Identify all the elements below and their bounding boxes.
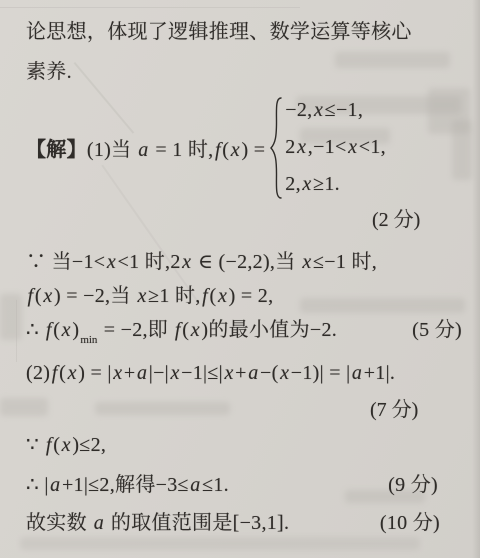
scan-gridline bbox=[0, 7, 300, 8]
piecewise-cases: −2,x≤−1, 2x,−1<x<1, 2,x≥1. bbox=[285, 92, 386, 203]
solution-piecewise-block: 【解】(1)当 a = 1 时,f(x) = −2,x≤−1, 2x,−1<x<… bbox=[26, 92, 386, 203]
bleed-through-smudge bbox=[0, 294, 22, 340]
bleed-through-smudge bbox=[452, 120, 472, 180]
reasoning-line-2: f(x) = −2,当 x≥1 时,f(x) = 2, bbox=[26, 282, 273, 310]
reasoning-line-1: ∵ 当−1<x<1 时,2x ∈ (−2,2),当 x≤−1 时, bbox=[26, 248, 377, 276]
solution-header: 【解】(1)当 a = 1 时,f(x) = bbox=[26, 133, 265, 162]
conclusion-min-line: ∴ f(x)min = −2,即 f(x)的最小值为−2. (5 分) bbox=[26, 316, 462, 344]
score-mark-9: (9 分) bbox=[388, 471, 438, 499]
solve-text: ∴ |a+1|≤2,解得−3≤a≤1. bbox=[26, 471, 229, 499]
final-answer-text: 故实数 a 的取值范围是[−3,1]. bbox=[26, 509, 289, 537]
bleed-through-smudge bbox=[0, 398, 48, 416]
bleed-through-smudge bbox=[300, 298, 465, 313]
condition-line: ∵ f(x)≤2, bbox=[26, 431, 106, 459]
scanned-math-solution-page: 论思想，体现了逻辑推理、数学运算等核心 素养. 【解】(1)当 a = 1 时,… bbox=[0, 0, 480, 558]
piecewise-case-1: −2,x≤−1, bbox=[285, 92, 386, 129]
piecewise-case-3: 2,x≥1. bbox=[285, 166, 386, 203]
score-mark-7: (7 分) bbox=[370, 396, 418, 424]
solve-line: ∴ |a+1|≤2,解得−3≤a≤1. (9 分) bbox=[26, 471, 438, 499]
conclusion-min-text: ∴ f(x)min = −2,即 f(x)的最小值为−2. bbox=[26, 316, 337, 344]
paragraph-line-2: 素养. bbox=[26, 58, 72, 86]
piecewise-brace bbox=[269, 96, 282, 200]
score-mark-5: (5 分) bbox=[412, 316, 462, 344]
score-mark-10: (10 分) bbox=[380, 509, 440, 537]
curly-brace-glyph bbox=[269, 96, 282, 200]
bleed-through-smudge bbox=[20, 537, 420, 550]
part2-inequality-line: (2)f(x) = |x+a|−|x−1|≤|x+a−(x−1)| = |a+1… bbox=[26, 359, 395, 387]
score-mark-2: (2 分) bbox=[372, 206, 420, 234]
piecewise-case-2: 2x,−1<x<1, bbox=[285, 129, 386, 166]
paragraph-line-1: 论思想，体现了逻辑推理、数学运算等核心 bbox=[26, 18, 412, 46]
page-edge-shadow bbox=[472, 0, 480, 558]
final-answer-line: 故实数 a 的取值范围是[−3,1]. (10 分) bbox=[26, 509, 440, 537]
bleed-through-smudge bbox=[95, 402, 230, 415]
bleed-through-smudge bbox=[335, 52, 450, 68]
